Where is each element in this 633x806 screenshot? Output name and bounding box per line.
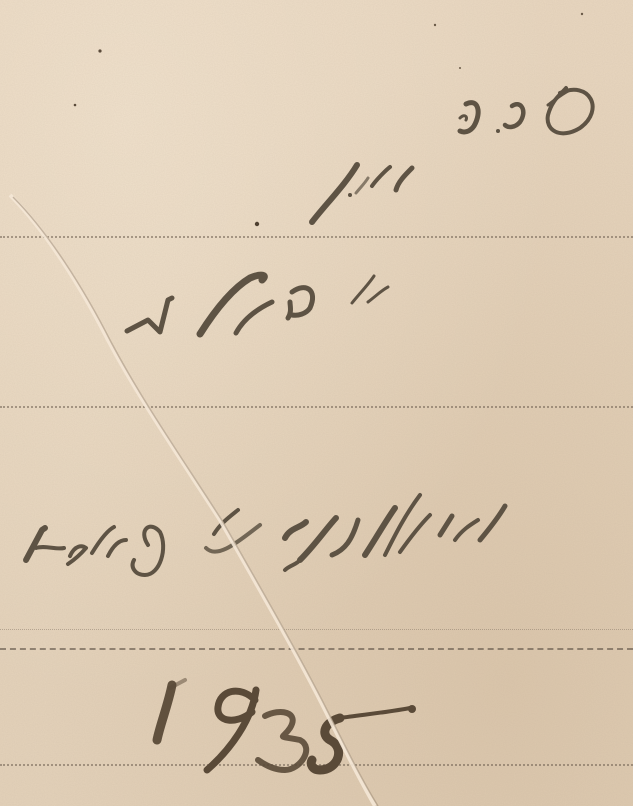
document-page: שרה וון ״ הענדלע מעלוונמינר פוירא 1935 <box>0 0 633 806</box>
